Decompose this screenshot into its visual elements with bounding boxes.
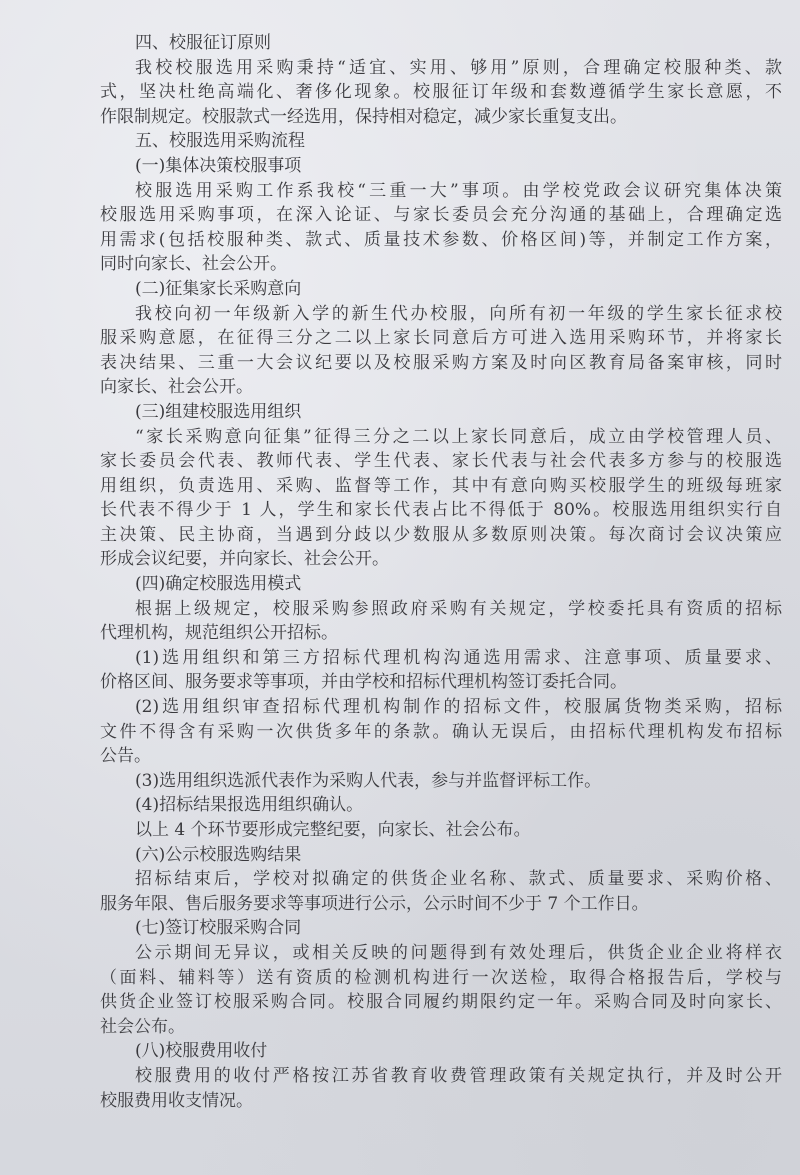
paragraph-line: 公示期间无异议，或相关反映的问题得到有效处理后，供货企业企业将样衣: [100, 941, 782, 966]
paragraph-line: 主决策、民主协商，当遇到分歧以少数服从多数原则决策。每次商讨会议决策应: [100, 523, 782, 548]
paragraph-line: (3)选用组织选派代表作为采购人代表，参与并监督评标工作。: [100, 769, 782, 794]
section-heading: (三)组建校服选用组织: [100, 400, 782, 425]
paragraph-line: 用组织，负责选用、采购、监督等工作，其中有意向购买校服学生的班级每班家: [100, 474, 782, 499]
section-heading: (八)校服费用收付: [100, 1039, 782, 1064]
paragraph-line: (1)选用组织和第三方招标代理机构沟通选用需求、注意事项、质量要求、: [100, 646, 782, 671]
paragraph-line: 表决结果、三重一大会议纪要以及校服采购方案及时向区教育局备案审核，同时: [100, 351, 782, 376]
paragraph-line: 服采购意愿，在征得三分之二以上家长同意后方可进入选用采购环节，并将家长: [100, 326, 782, 351]
paragraph-line: 形成会议纪要，并向家长、社会公开。: [100, 547, 782, 572]
paragraph-line: 公告。: [100, 744, 782, 769]
paragraph-line: 服务年限、售后服务要求等事项进行公示，公示时间不少于 7 个工作日。: [100, 892, 782, 917]
section-heading: (一)集体决策校服事项: [100, 154, 782, 179]
paragraph-line: 向家长、社会公开。: [100, 375, 782, 400]
paragraph-line: 以上 4 个环节要形成完整纪要，向家长、社会公布。: [100, 818, 782, 843]
section-heading: (二)征集家长采购意向: [100, 277, 782, 302]
paragraph-line: 价格区间、服务要求等事项，并由学校和招标代理机构签订委托合同。: [100, 670, 782, 695]
paragraph-line: 长代表不得少于 1 人，学生和家长代表占比不得低于 80%。校服选用组织实行自: [100, 498, 782, 523]
section-heading: (七)签订校服采购合同: [100, 916, 782, 941]
document-page: 四、校服征订原则我校校服选用采购秉持“适宜、实用、够用”原则，合理确定校服种类、…: [0, 0, 800, 1175]
paragraph-line: 校服选用采购工作系我校“三重一大”事项。由学校党政会议研究集体决策: [100, 179, 782, 204]
paragraph-line: 代理机构，规范组织公开招标。: [100, 621, 782, 646]
paragraph-line: (4)招标结果报选用组织确认。: [100, 793, 782, 818]
section-heading: (四)确定校服选用模式: [100, 572, 782, 597]
paragraph-line: 用需求(包括校服种类、款式、质量技术参数、价格区间)等，并制定工作方案，: [100, 228, 782, 253]
paragraph-line: 我校向初一年级新入学的新生代办校服，向所有初一年级的学生家长征求校: [100, 302, 782, 327]
paragraph-line: (2)选用组织审查招标代理机构制作的招标文件，校服属货物类采购，招标: [100, 695, 782, 720]
paragraph-line: 招标结束后，学校对拟确定的供货企业名称、款式、质量要求、采购价格、: [100, 867, 782, 892]
paragraph-line: “家长采购意向征集”征得三分之二以上家长同意后，成立由学校管理人员、: [100, 425, 782, 450]
paragraph-line: 校服费用收支情况。: [100, 1089, 782, 1114]
paragraph-line: 家长委员会代表、教师代表、学生代表、家长代表与社会代表多方参与的校服选: [100, 449, 782, 474]
paragraph-line: 作限制规定。校服款式一经选用，保持相对稳定，减少家长重复支出。: [100, 105, 782, 130]
paragraph-line: （面料、辅料等）送有资质的检测机构进行一次送检，取得合格报告后，学校与: [100, 966, 782, 991]
paragraph-line: 式，坚决杜绝高端化、奢侈化现象。校服征订年级和套数遵循学生家长意愿，不: [100, 80, 782, 105]
paragraph-line: 社会公布。: [100, 1015, 782, 1040]
section-heading: 五、校服选用采购流程: [100, 129, 782, 154]
paragraph-line: 我校校服选用采购秉持“适宜、实用、够用”原则，合理确定校服种类、款: [100, 56, 782, 81]
paragraph-line: 根据上级规定，校服采购参照政府采购有关规定，学校委托具有资质的招标: [100, 597, 782, 622]
paragraph-line: 校服选用采购事项，在深入论证、与家长委员会充分沟通的基础上，合理确定选: [100, 203, 782, 228]
paragraph-line: 文件不得含有采购一次供货多年的条款。确认无误后，由招标代理机构发布招标: [100, 720, 782, 745]
section-heading: (六)公示校服选购结果: [100, 843, 782, 868]
document-body: 四、校服征订原则我校校服选用采购秉持“适宜、实用、够用”原则，合理确定校服种类、…: [100, 31, 782, 1113]
section-heading: 四、校服征订原则: [100, 31, 782, 56]
paragraph-line: 供货企业签订校服采购合同。校服合同履约期限约定一年。采购合同及时向家长、: [100, 990, 782, 1015]
paragraph-line: 同时向家长、社会公开。: [100, 252, 782, 277]
paragraph-line: 校服费用的收付严格按江苏省教育收费管理政策有关规定执行，并及时公开: [100, 1064, 782, 1089]
